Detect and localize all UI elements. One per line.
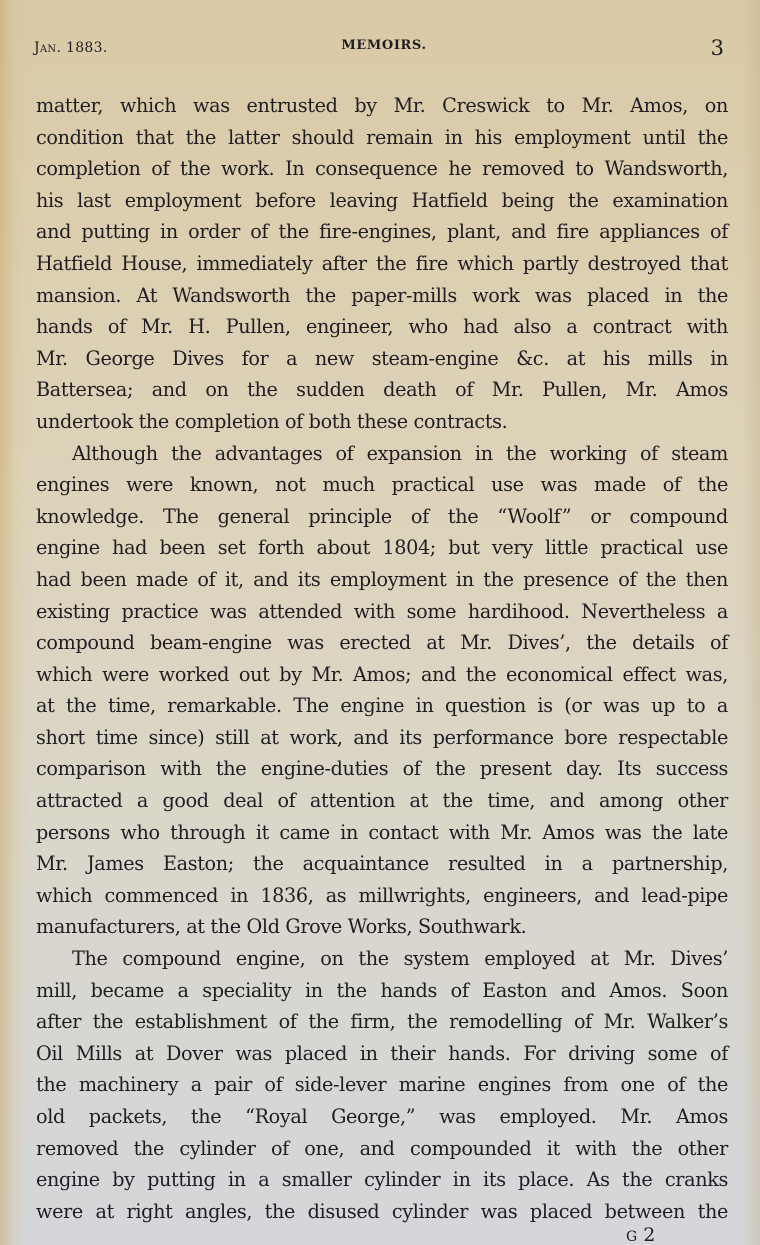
text-line: mansion. At Wandsworth the paper-mills w… — [36, 280, 728, 312]
text-line: undertook the completion of both these c… — [36, 406, 728, 438]
page-number: 3 — [711, 36, 724, 60]
text-line: and putting in order of the fire-engines… — [36, 216, 728, 248]
text-line: persons who through it came in contact w… — [36, 817, 728, 849]
signature-number: 2 — [643, 1224, 657, 1245]
text-line: comparison with the engine-duties of the… — [36, 753, 728, 785]
text-line: short time since) still at work, and its… — [36, 722, 728, 754]
text-line: Battersea; and on the sudden death of Mr… — [36, 374, 728, 406]
text-line: completion of the work. In consequence h… — [36, 153, 728, 185]
text-line: existing practice was attended with some… — [36, 596, 728, 628]
text-line: Although the advantages of expansion in … — [36, 438, 728, 470]
paragraph-1: matter, which was entrusted by Mr. Cresw… — [36, 90, 728, 438]
text-line: which commenced in 1836, as millwrights,… — [36, 880, 728, 912]
text-line: Mr. James Easton; the acquaintance resul… — [36, 848, 728, 880]
text-line: Hatfield House, immediately after the fi… — [36, 248, 728, 280]
body-text: matter, which was entrusted by Mr. Cresw… — [36, 90, 728, 1227]
text-line: The compound engine, on the system emplo… — [36, 943, 728, 975]
text-line: old packets, the “Royal George,” was emp… — [36, 1101, 728, 1133]
text-line: after the establishment of the firm, the… — [36, 1006, 728, 1038]
text-line: attracted a good deal of attention at th… — [36, 785, 728, 817]
page-edge-shadow-left — [0, 0, 28, 1245]
text-line: matter, which was entrusted by Mr. Cresw… — [36, 90, 728, 122]
text-line: knowledge. The general principle of the … — [36, 501, 728, 533]
running-head: Jan. 1883. MEMOIRS. 3 — [34, 36, 724, 66]
running-head-title: MEMOIRS. — [34, 38, 724, 53]
paragraph-2: Although the advantages of expansion in … — [36, 438, 728, 944]
text-line: were at right angles, the disused cylind… — [36, 1196, 728, 1228]
signature-letter: G — [626, 1229, 639, 1245]
text-line: engine had been set forth about 1804; bu… — [36, 532, 728, 564]
text-line: Oil Mills at Dover was placed in their h… — [36, 1038, 728, 1070]
text-line: hands of Mr. H. Pullen, engineer, who ha… — [36, 311, 728, 343]
text-line: compound beam-engine was erected at Mr. … — [36, 627, 728, 659]
text-line: Mr. George Dives for a new steam-engine … — [36, 343, 728, 375]
signature-mark: G2 — [626, 1224, 657, 1245]
text-line: his last employment before leaving Hatfi… — [36, 185, 728, 217]
paragraph-3: The compound engine, on the system emplo… — [36, 943, 728, 1227]
text-line: condition that the latter should remain … — [36, 122, 728, 154]
text-line: mill, became a speciality in the hands o… — [36, 975, 728, 1007]
text-line: engines were known, not much practical u… — [36, 469, 728, 501]
text-line: which were worked out by Mr. Amos; and t… — [36, 659, 728, 691]
text-line: the machinery a pair of side-lever marin… — [36, 1069, 728, 1101]
page-edge-shadow-right — [742, 0, 760, 1245]
text-line: engine by putting in a smaller cylinder … — [36, 1164, 728, 1196]
text-line: had been made of it, and its employment … — [36, 564, 728, 596]
text-line: manufacturers, at the Old Grove Works, S… — [36, 911, 728, 943]
text-line: removed the cylinder of one, and compoun… — [36, 1133, 728, 1165]
text-line: at the time, remarkable. The engine in q… — [36, 690, 728, 722]
